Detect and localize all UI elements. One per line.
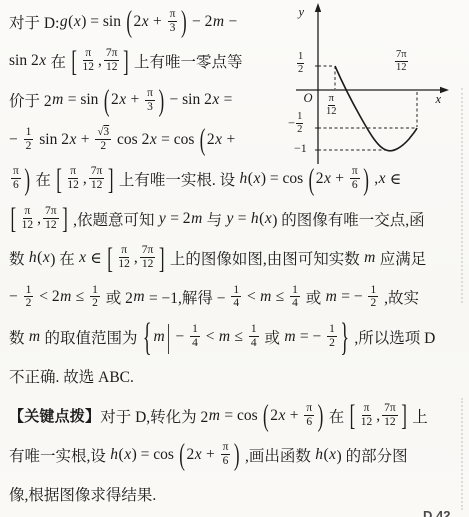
math-fraction: 12 <box>24 126 34 154</box>
text-run: 2 <box>270 407 278 425</box>
fraction-numerator: π <box>362 402 372 416</box>
math-variable: x <box>278 407 286 425</box>
math-fraction: 14 <box>290 284 300 312</box>
math-fraction: 12 <box>368 284 378 312</box>
text-run: + <box>127 91 144 109</box>
big-delimiter: [ <box>11 204 17 234</box>
math-fraction: π3 <box>145 87 155 115</box>
solution-line: − 12 < 2m ≤ 12 或 2m = −1,解得 − 14 < m ≤ 1… <box>0 278 469 317</box>
text-run: = − <box>296 328 325 346</box>
fraction-denominator: 3 <box>168 22 178 36</box>
fraction-numerator: 1 <box>190 323 200 337</box>
math-fraction: π12 <box>65 165 81 193</box>
math-fraction: 14 <box>249 323 259 351</box>
big-delimiter: ( <box>200 125 206 156</box>
math-variable: x <box>119 91 127 109</box>
big-delimiter: | <box>167 320 170 353</box>
fraction-numerator: 1 <box>290 284 300 298</box>
text-run: = cos <box>220 407 261 425</box>
math-variable: m <box>208 407 220 425</box>
math-fraction: 7π12 <box>382 402 398 430</box>
fraction-denominator: 4 <box>190 337 200 351</box>
fraction-denominator: 2 <box>90 297 100 311</box>
math-variable: h <box>315 446 324 464</box>
fraction-numerator: √3 <box>95 126 111 140</box>
math-variable: y <box>226 210 234 228</box>
fraction-denominator: 6 <box>350 179 360 193</box>
fraction-denominator: 12 <box>81 61 97 75</box>
text-run: 应满足 <box>376 247 426 269</box>
big-delimiter: ] <box>108 164 114 194</box>
math-variable: m <box>28 328 40 346</box>
text-run: 在 <box>325 405 348 427</box>
fraction-denominator: 2 <box>327 337 337 351</box>
fraction-numerator: π <box>221 441 231 455</box>
big-delimiter: ( <box>179 440 185 471</box>
math-variable: h <box>28 249 37 267</box>
fraction-numerator: 1 <box>249 323 259 337</box>
fraction-numerator: 1 <box>296 111 303 124</box>
math-variable: y <box>158 210 166 228</box>
solution-line: 数 h(x) 在 x ∈ [π12,7π12] 上的图像如图,由图可知实数 m … <box>0 238 469 277</box>
text-run: ,故实 <box>380 286 419 308</box>
text-run: 2 <box>316 170 324 188</box>
math-variable: x <box>435 93 442 106</box>
math-variable: x <box>124 446 132 464</box>
fraction-denominator: 6 <box>304 416 314 430</box>
big-delimiter: ) <box>181 6 187 37</box>
text-run: sin 2 <box>35 131 69 149</box>
cosine-curve <box>335 66 417 151</box>
tick-label-pi-12: π12 <box>324 93 339 118</box>
text-run: 不正确. 故选 ABC. <box>9 365 134 387</box>
origin-label: O <box>303 92 313 105</box>
math-variable: x <box>79 249 87 267</box>
fraction-numerator: 7π <box>140 244 156 258</box>
math-fraction: 7π12 <box>89 165 105 193</box>
fraction-numerator: 7π <box>395 49 408 62</box>
text-run: = 2 <box>166 210 190 228</box>
text-run: 上 <box>408 405 427 427</box>
math-variable: x <box>194 446 202 464</box>
solution-line: 不正确. 故选 ABC. <box>0 357 469 396</box>
text-run: 的取值范围为 <box>41 326 142 348</box>
text-run: ≤ <box>272 288 288 306</box>
text-run: , <box>37 210 41 228</box>
math-variable: m <box>218 328 230 346</box>
text-run: < <box>243 288 260 306</box>
text-run: − <box>9 131 22 149</box>
text-run: = −1,解得 − <box>145 286 229 308</box>
scanned-textbook-page: 2 对于 D:g(x) = sin (2x + π3) − 2m − sin 2… <box>0 0 469 517</box>
fraction-denominator: 3 <box>145 101 155 115</box>
math-fraction: 7π12 <box>140 244 156 272</box>
math-variable: m <box>260 288 272 306</box>
text-run: , <box>98 52 102 70</box>
text-run: 数 <box>9 247 28 269</box>
fraction-numerator: π <box>145 87 155 101</box>
fraction-numerator: 1 <box>231 284 241 298</box>
big-delimiter: ( <box>126 6 132 37</box>
math-variable: m <box>364 249 376 267</box>
tick-label-neg-half: −12 <box>288 111 304 136</box>
key-point-line: 像,根据图像求得结果. <box>0 475 469 514</box>
fraction-denominator: 4 <box>231 297 241 311</box>
text-run: 像,根据图像求得结果. <box>9 483 156 505</box>
math-variable: x <box>149 131 157 149</box>
fraction-numerator: 1 <box>368 284 378 298</box>
math-variable: m <box>153 328 165 346</box>
solution-line: 数 m 的取值范围为 {m| − 14 < m ≤ 14 或 m = − 12}… <box>0 317 469 356</box>
fraction-numerator: 7π <box>43 205 59 219</box>
math-variable: x <box>69 131 77 149</box>
text-run: ) 的图像有唯一交点,函 <box>272 208 424 230</box>
function-graph-figure: y x O 12 π12 −12 −1 7π12 <box>290 0 469 172</box>
math-variable: x <box>264 210 272 228</box>
fraction-numerator: π <box>11 165 21 179</box>
text-run: − <box>9 288 22 306</box>
fraction-denominator: 12 <box>395 62 408 75</box>
text-run: ) 在 <box>50 247 78 269</box>
text-run: 数 <box>9 326 28 348</box>
text-run: = <box>220 91 233 109</box>
text-run: cos 2 <box>113 131 149 149</box>
big-delimiter: [ <box>56 164 62 194</box>
big-delimiter: ( <box>263 400 269 431</box>
text-run: 有唯一实根,设 <box>9 444 110 466</box>
text-run: + <box>77 131 94 149</box>
math-variable: x <box>73 13 81 31</box>
scan-artifact-line <box>461 88 464 303</box>
key-point-line: 【关键点拨】对于 D,转化为 2m = cos (2x + π6) 在 [π12… <box>0 396 469 435</box>
math-variable: x <box>39 52 47 70</box>
fraction-numerator: π <box>23 205 33 219</box>
math-fraction: 12 <box>90 284 100 312</box>
text-run: , <box>83 170 87 188</box>
text-run: ) 的部分图 <box>337 444 408 466</box>
fraction-numerator: 7π <box>382 402 398 416</box>
math-fraction: 12 <box>297 51 304 76</box>
text-run: ∈ <box>87 249 106 268</box>
fraction-denominator: 6 <box>221 455 231 469</box>
fraction-denominator: 4 <box>290 297 300 311</box>
text-run: ∈ <box>386 170 401 189</box>
math-variable: x <box>212 91 220 109</box>
fraction-denominator: 2 <box>98 140 108 154</box>
math-variable: x <box>42 249 50 267</box>
text-run: − sin 2 <box>166 91 212 109</box>
math-fraction: π12 <box>359 402 375 430</box>
math-variable: x <box>215 131 223 149</box>
math-fraction: 12 <box>296 111 303 136</box>
text-run: = cos <box>157 131 198 149</box>
math-fraction: π6 <box>11 165 21 193</box>
fraction-denominator: 12 <box>116 258 132 272</box>
tick-label-7pi-12: 7π12 <box>394 49 409 74</box>
math-variable: m <box>284 328 296 346</box>
fraction-denominator: 2 <box>296 124 303 137</box>
math-variable: h <box>250 210 259 228</box>
math-variable: O <box>303 92 313 105</box>
text-run: 2 <box>207 131 215 149</box>
text-run: , <box>134 249 138 267</box>
text-run: < 2 <box>35 288 59 306</box>
math-fraction: 7π12 <box>43 205 59 233</box>
text-run: 2 <box>111 91 119 109</box>
big-delimiter: ) <box>24 164 30 195</box>
text-run: + <box>286 407 303 425</box>
text-run: ,依题意可知 <box>69 208 158 230</box>
fraction-denominator: 12 <box>382 416 398 430</box>
fraction-numerator: 1 <box>297 51 304 64</box>
y-axis-label: y <box>298 6 305 19</box>
text-run: 在 <box>31 168 54 190</box>
text-run: − <box>225 13 238 31</box>
text-run: + <box>331 170 348 188</box>
y-axis-arrow-icon <box>315 3 321 12</box>
fraction-denominator: 12 <box>325 106 338 119</box>
big-delimiter: [ <box>350 401 356 431</box>
math-fraction: π3 <box>168 8 178 36</box>
text-run: −1 <box>294 142 307 154</box>
scan-artifact-line <box>461 398 464 510</box>
text-run: 上有唯一实根. 设 <box>115 168 239 190</box>
math-fraction: 14 <box>190 323 200 351</box>
text-run: 对于 D,转化为 2 <box>100 405 208 427</box>
big-delimiter: ] <box>159 243 165 273</box>
text-run: 2 <box>134 13 142 31</box>
math-variable: y <box>298 6 305 19</box>
big-delimiter: [ <box>107 243 113 273</box>
fraction-denominator: 4 <box>249 337 259 351</box>
math-fraction: π6 <box>304 402 314 430</box>
math-variable: m <box>60 288 72 306</box>
key-point-line: 有唯一实根,设 h(x) = cos (2x + π6) ,画出函数 h(x) … <box>0 435 469 474</box>
text-run: , <box>370 170 378 188</box>
text-run: ) = sin <box>81 13 125 31</box>
math-fraction: π12 <box>325 93 338 118</box>
graph-canvas <box>290 0 469 172</box>
fraction-denominator: 2 <box>24 297 34 311</box>
math-variable: m <box>52 91 64 109</box>
text-run: 或 2 <box>102 286 133 308</box>
fraction-numerator: 1 <box>24 126 34 140</box>
fraction-numerator: 7π <box>104 47 120 61</box>
big-delimiter: ] <box>401 401 407 431</box>
text-run: 价于 2 <box>9 89 52 111</box>
text-run: 或 <box>302 286 325 308</box>
text-run: 在 <box>47 50 70 72</box>
big-delimiter: ] <box>123 46 129 76</box>
math-fraction: 7π12 <box>395 49 408 74</box>
math-variable: x <box>329 446 337 464</box>
fraction-numerator: 1 <box>90 284 100 298</box>
x-axis-label: x <box>435 93 442 106</box>
fraction-denominator: 12 <box>359 416 375 430</box>
math-fraction: π12 <box>81 47 97 75</box>
text-run: 2 <box>186 446 194 464</box>
text-run: − <box>172 328 189 346</box>
text-run: 对于 D: <box>9 11 59 33</box>
fraction-denominator: 12 <box>65 179 81 193</box>
text-run: ,画出函数 <box>241 444 315 466</box>
math-fraction: π12 <box>20 205 36 233</box>
tick-label-neg-one: −1 <box>294 142 307 154</box>
fraction-numerator: π <box>168 8 178 22</box>
big-delimiter: [ <box>71 46 77 76</box>
math-variable: x <box>323 170 331 188</box>
text-run: − <box>288 117 295 130</box>
fraction-numerator: π <box>304 402 314 416</box>
fraction-numerator: 7π <box>89 165 105 179</box>
fraction-numerator: π <box>68 165 78 179</box>
math-variable: m <box>325 288 337 306</box>
fraction-denominator: 2 <box>368 297 378 311</box>
page-number-fragment: D 42 <box>423 508 463 517</box>
fraction-denominator: 2 <box>297 64 304 77</box>
fraction-denominator: 12 <box>43 219 59 233</box>
math-variable: m <box>191 210 203 228</box>
text-run: − 2 <box>188 13 212 31</box>
big-delimiter: ) <box>158 85 164 116</box>
fraction-numerator: 1 <box>327 323 337 337</box>
math-fraction: √32 <box>95 126 111 154</box>
text-run: ≤ <box>72 288 88 306</box>
text-run: sin 2 <box>9 52 39 70</box>
fraction-denominator: 12 <box>20 219 36 233</box>
math-fraction: 12 <box>327 323 337 351</box>
math-variable: h <box>239 170 248 188</box>
math-variable: x <box>253 170 261 188</box>
math-variable: x <box>141 13 149 31</box>
fraction-numerator: 1 <box>24 284 34 298</box>
fraction-denominator: 6 <box>11 179 21 193</box>
text-run: , <box>376 407 380 425</box>
big-delimiter: ) <box>234 440 240 471</box>
big-delimiter: } <box>340 317 349 356</box>
text-run: = − <box>337 288 366 306</box>
text-run: + <box>223 131 236 149</box>
text-run: ) = cos <box>132 446 178 464</box>
text-run: 上有唯一零点等 <box>130 50 242 72</box>
math-fraction: π12 <box>116 244 132 272</box>
math-variable: m <box>212 13 224 31</box>
big-delimiter: ) <box>318 400 324 431</box>
math-fraction: 7π12 <box>104 47 120 75</box>
text-run: 与 <box>203 208 226 230</box>
text-run: 上的图像如图,由图可知实数 <box>166 247 364 269</box>
text-run: = <box>234 210 251 228</box>
fraction-numerator: π <box>119 244 129 258</box>
fraction-denominator: 12 <box>140 258 156 272</box>
math-fraction: 12 <box>24 284 34 312</box>
solution-line: [π12,7π12] ,依题意可知 y = 2m 与 y = h(x) 的图像有… <box>0 199 469 238</box>
math-fraction: 14 <box>231 284 241 312</box>
math-variable: m <box>133 288 145 306</box>
fraction-denominator: 2 <box>24 140 34 154</box>
big-delimiter: ( <box>104 85 110 116</box>
big-delimiter: { <box>143 317 152 356</box>
text-run: + <box>149 13 166 31</box>
text-run: + <box>202 446 219 464</box>
fraction-denominator: 12 <box>89 179 105 193</box>
math-variable: h <box>110 446 119 464</box>
math-variable: g <box>59 13 68 31</box>
text-run: = sin <box>64 91 102 109</box>
fraction-numerator: π <box>83 47 93 61</box>
radicand: 3 <box>103 126 109 138</box>
fraction-numerator: π <box>328 93 335 106</box>
text-run: ≤ <box>231 328 247 346</box>
math-fraction: π6 <box>221 441 231 469</box>
tick-label-half: 12 <box>296 51 305 76</box>
fraction-denominator: 12 <box>104 61 120 75</box>
math-variable: x <box>378 170 386 188</box>
text-run: ) = cos <box>261 170 307 188</box>
text-run: 或 <box>261 326 284 348</box>
big-delimiter: ] <box>62 204 68 234</box>
text-run: ,所以选项 D <box>351 326 436 348</box>
text-run: < <box>202 328 219 346</box>
bold-heading: 【关键点拨】 <box>9 405 100 426</box>
